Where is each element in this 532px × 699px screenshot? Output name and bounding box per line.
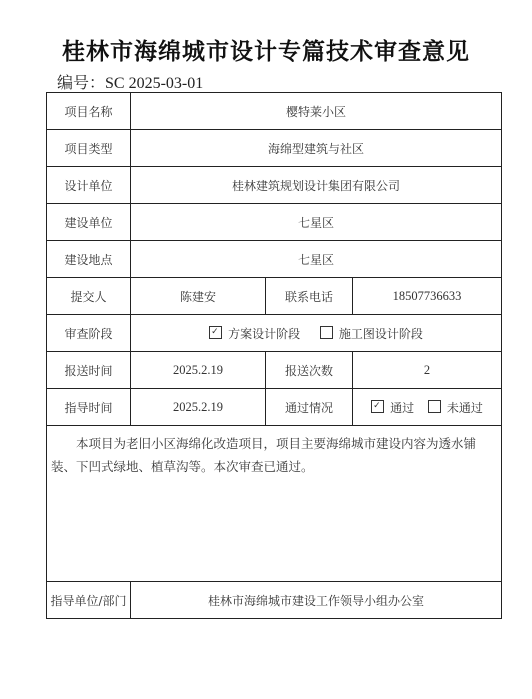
option-scheme-design[interactable]: 方案设计阶段 bbox=[209, 325, 300, 342]
document-number: 编号：SC 2025-03-01 bbox=[57, 70, 203, 93]
label-pass-status: 通过情况 bbox=[266, 389, 353, 426]
option-label: 施工图设计阶段 bbox=[339, 327, 423, 341]
label-construction-site: 建设地点 bbox=[47, 241, 131, 278]
review-comment: 本项目为老旧小区海绵化改造项目，项目主要海绵城市建设内容为透水铺装、下凹式绿地、… bbox=[47, 426, 502, 582]
row-guide-unit: 指导单位/部门 桂林市海绵城市建设工作领导小组办公室 bbox=[47, 582, 502, 619]
label-project-type: 项目类型 bbox=[47, 130, 131, 167]
label-guide-time: 指导时间 bbox=[47, 389, 131, 426]
value-construction-site: 七星区 bbox=[131, 241, 502, 278]
value-guide-time: 2025.2.19 bbox=[131, 389, 266, 426]
checkbox-checked-icon[interactable] bbox=[209, 326, 222, 339]
row-comment: 本项目为老旧小区海绵化改造项目，项目主要海绵城市建设内容为透水铺装、下凹式绿地、… bbox=[47, 426, 502, 582]
label-submit-time: 报送时间 bbox=[47, 352, 131, 389]
value-project-type: 海绵型建筑与社区 bbox=[131, 130, 502, 167]
checkbox-unchecked-icon[interactable] bbox=[320, 326, 333, 339]
row-project-type: 项目类型 海绵型建筑与社区 bbox=[47, 130, 502, 167]
label-design-unit: 设计单位 bbox=[47, 167, 131, 204]
option-label: 方案设计阶段 bbox=[228, 327, 300, 341]
value-phone: 18507736633 bbox=[353, 278, 502, 315]
option-label: 未通过 bbox=[447, 401, 483, 415]
label-guide-unit: 指导单位/部门 bbox=[47, 582, 131, 619]
row-design-unit: 设计单位 桂林建筑规划设计集团有限公司 bbox=[47, 167, 502, 204]
label-submit-count: 报送次数 bbox=[266, 352, 353, 389]
row-construction-site: 建设地点 七星区 bbox=[47, 241, 502, 278]
value-construction-unit: 七星区 bbox=[131, 204, 502, 241]
checkbox-checked-icon[interactable] bbox=[371, 400, 384, 413]
option-passed[interactable]: 通过 bbox=[371, 399, 414, 416]
label-submitter: 提交人 bbox=[47, 278, 131, 315]
row-project-name: 项目名称 樱特莱小区 bbox=[47, 93, 502, 130]
label-construction-unit: 建设单位 bbox=[47, 204, 131, 241]
value-design-unit: 桂林建筑规划设计集团有限公司 bbox=[131, 167, 502, 204]
label-phone: 联系电话 bbox=[266, 278, 353, 315]
option-not-passed[interactable]: 未通过 bbox=[428, 399, 483, 416]
checkbox-unchecked-icon[interactable] bbox=[428, 400, 441, 413]
value-pass-status: 通过 未通过 bbox=[353, 389, 502, 426]
label-review-stage: 审查阶段 bbox=[47, 315, 131, 352]
review-form-table: 项目名称 樱特莱小区 项目类型 海绵型建筑与社区 设计单位 桂林建筑规划设计集团… bbox=[46, 92, 502, 619]
value-submitter: 陈建安 bbox=[131, 278, 266, 315]
value-review-stage: 方案设计阶段 施工图设计阶段 bbox=[131, 315, 502, 352]
row-guide-time: 指导时间 2025.2.19 通过情况 通过 未通过 bbox=[47, 389, 502, 426]
option-label: 通过 bbox=[390, 401, 414, 415]
row-construction-unit: 建设单位 七星区 bbox=[47, 204, 502, 241]
document-number-value: SC 2025-03-01 bbox=[105, 75, 203, 92]
row-submit-time: 报送时间 2025.2.19 报送次数 2 bbox=[47, 352, 502, 389]
value-project-name: 樱特莱小区 bbox=[131, 93, 502, 130]
row-review-stage: 审查阶段 方案设计阶段 施工图设计阶段 bbox=[47, 315, 502, 352]
row-submitter: 提交人 陈建安 联系电话 18507736633 bbox=[47, 278, 502, 315]
value-guide-unit: 桂林市海绵城市建设工作领导小组办公室 bbox=[131, 582, 502, 619]
option-construction-drawing[interactable]: 施工图设计阶段 bbox=[320, 325, 423, 342]
value-submit-time: 2025.2.19 bbox=[131, 352, 266, 389]
document-number-label: 编号： bbox=[57, 73, 105, 92]
document-title: 桂林市海绵城市设计专篇技术审查意见 bbox=[0, 33, 532, 66]
value-submit-count: 2 bbox=[353, 352, 502, 389]
label-project-name: 项目名称 bbox=[47, 93, 131, 130]
